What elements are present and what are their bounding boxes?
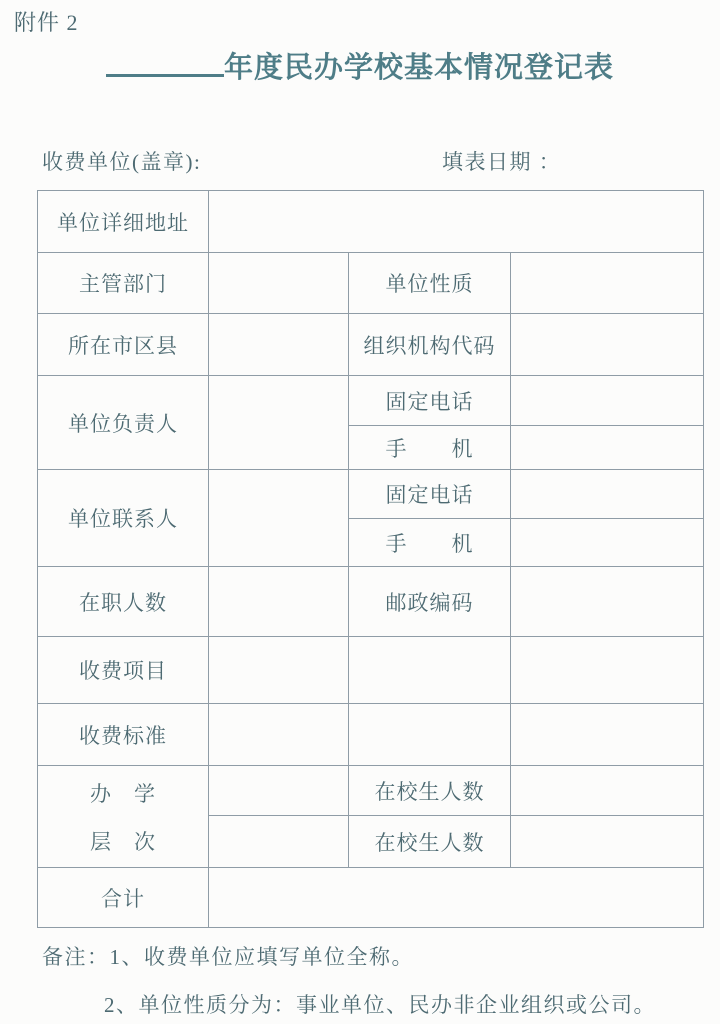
- city-district-label: 所在市区县: [38, 314, 209, 376]
- notes-line-1: 备注：1、收费单位应填写单位全称。: [42, 941, 414, 971]
- head-mobile-label: 手 机: [349, 426, 511, 470]
- contact-mobile-field: [511, 519, 704, 567]
- registration-table: 单位详细地址 主管部门 单位性质 所在市区县 组织机构代码 单位负责人 固定电话…: [37, 190, 704, 928]
- org-code-label: 组织机构代码: [349, 314, 511, 376]
- fee-standard-field-2: [349, 704, 511, 766]
- enrolled-students-label-1: 在校生人数: [349, 766, 511, 816]
- unit-head-field: [209, 376, 349, 470]
- enrolled-students-label-2: 在校生人数: [349, 816, 511, 868]
- enrolled-students-field-1: [511, 766, 704, 816]
- competent-dept-field: [209, 253, 349, 314]
- fee-standard-label: 收费标准: [38, 704, 209, 766]
- school-level-label: 办 学 层 次: [38, 766, 209, 868]
- unit-contact-label: 单位联系人: [38, 470, 209, 567]
- head-landline-label: 固定电话: [349, 376, 511, 426]
- total-label: 合计: [38, 868, 209, 928]
- fee-item-field-1: [209, 637, 349, 704]
- school-level-label-line2: 层 次: [38, 826, 208, 856]
- competent-dept-label: 主管部门: [38, 253, 209, 314]
- unit-nature-field: [511, 253, 704, 314]
- title-blank-underline: [106, 44, 224, 77]
- head-mobile-field: [511, 426, 704, 470]
- fee-item-field-2: [349, 637, 511, 704]
- postal-code-label: 邮政编码: [349, 567, 511, 637]
- unit-address-label: 单位详细地址: [38, 191, 209, 253]
- unit-contact-field: [209, 470, 349, 567]
- city-district-field: [209, 314, 349, 376]
- notes-line-2: 2、单位性质分为：事业单位、民办非企业组织或公司。: [104, 989, 656, 1019]
- table-header-line: 收费单位(盖章): 填表日期 ：: [0, 146, 720, 176]
- form-title: 年度民办学校基本情况登记表: [0, 44, 720, 86]
- contact-landline-label: 固定电话: [349, 470, 511, 519]
- school-level-label-line1: 办 学: [38, 778, 208, 808]
- contact-mobile-label: 手 机: [349, 519, 511, 567]
- fee-standard-field-3: [511, 704, 704, 766]
- enrolled-students-field-2: [511, 816, 704, 868]
- attachment-label: 附件 2: [14, 6, 79, 37]
- fill-date-label: 填表日期 ：: [442, 146, 561, 176]
- head-landline-field: [511, 376, 704, 426]
- total-field: [209, 868, 704, 928]
- scanned-form-page: 附件 2 年度民办学校基本情况登记表 收费单位(盖章): 填表日期 ： 单位详细…: [0, 0, 720, 1024]
- unit-address-field: [209, 191, 704, 253]
- fee-standard-field-1: [209, 704, 349, 766]
- school-level-field-2: [209, 816, 349, 868]
- unit-nature-label: 单位性质: [349, 253, 511, 314]
- staff-count-field: [209, 567, 349, 637]
- school-level-field-1: [209, 766, 349, 816]
- title-text: 年度民办学校基本情况登记表: [224, 52, 614, 84]
- contact-landline-field: [511, 470, 704, 519]
- postal-code-field: [511, 567, 704, 637]
- org-code-field: [511, 314, 704, 376]
- unit-seal-label: 收费单位(盖章):: [42, 146, 201, 176]
- fee-item-field-3: [511, 637, 704, 704]
- fee-item-label: 收费项目: [38, 637, 209, 704]
- unit-head-label: 单位负责人: [38, 376, 209, 470]
- staff-count-label: 在职人数: [38, 567, 209, 637]
